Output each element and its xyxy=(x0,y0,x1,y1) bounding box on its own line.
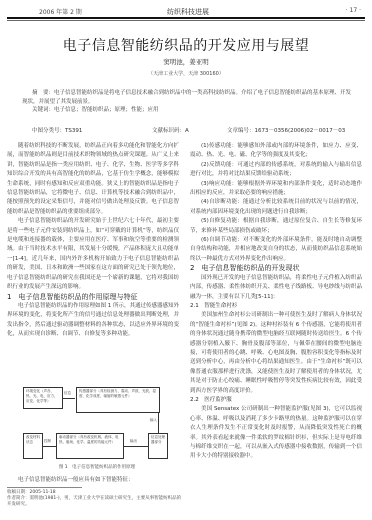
feature-5: (5)自修复功能：根据自我诊断，通过原位复合、自生长等修复环节，来修补某些局部损… xyxy=(190,217,362,236)
label-output: 输出 xyxy=(130,439,137,444)
feature-6: (6)自调节功能：对不断变化的外部环境条件，能及时地自动调整自身结构和功能，并相… xyxy=(190,236,362,264)
abstract-label: 摘 要： xyxy=(32,90,54,96)
article-title: 电子信息智能纺织品的开发应用与展望 xyxy=(0,35,372,55)
feature-2: (2)反馈功能：可通过内部的传感系统，对系统的输入与输出信息进行对比，并将对比结… xyxy=(190,161,362,180)
section-1-paragraph: 电子信息智能纺织品的作用原理如图 1 所示，其通过传感器感知外界环境的变化，将变… xyxy=(7,302,179,340)
clc-number: 中图分类号：TS391 xyxy=(32,126,82,134)
section-1-heading: 1 电子信息智能纺织品的作用原理与特征 xyxy=(7,293,179,302)
figure-1-caption: 图 1 电子信息智能纺织品的作用原理 xyxy=(22,464,172,470)
feature-1: (1)传感功能：能够感知外部或内部的环境条件，如应力、应变、震动、热、光、电、磁… xyxy=(190,142,362,161)
abstract-text: 电子信息智能纺织品是将电子信息技术融合到纺织品中的一类高科技纺织品。介绍了电子信… xyxy=(22,90,351,105)
label-control: 控制 xyxy=(44,439,51,444)
header-rule-thick xyxy=(7,17,365,19)
arrow-processor-actuator xyxy=(124,446,148,447)
header-rule-thin xyxy=(7,20,365,21)
box-material-state: 改变材料状态 xyxy=(23,433,43,459)
running-header: 2006 年第 2 期 纺织科技进展 · 17 · xyxy=(7,4,365,18)
article-affiliation: （天津工业大学，天津 300160） xyxy=(0,70,372,77)
box-sensor: 传感器部分（具有检测力、震动、声波、光波、湿度、化学成度、辐射的敏感元件） xyxy=(76,387,160,413)
left-column: 随着纺织科技的不断发展，纺织品正向着多功能化和智能化方向扩展，而智能纺织品则是目… xyxy=(7,142,179,340)
abstract-paragraph: 摘 要：电子信息智能纺织品是将电子信息技术融合到纺织品中的一类高科技纺织品。介绍… xyxy=(22,89,352,106)
intro-paragraph-1: 随着纺织科技的不断发展，纺织品正向着多功能化和智能化方向扩展，而智能纺织品则是目… xyxy=(7,142,179,217)
box-environment-change: 环境变化（声音、热、光、电、应力、应变、化学等） xyxy=(23,387,63,409)
article-authors: 窦明池，姜亚明 xyxy=(0,57,372,66)
section-2-paragraph: 国外现已开发的电子信息智能纺织品，将柔性电子元件植入纺织品内部，传感器、柔性体纺… xyxy=(190,274,362,302)
subsection-2-2-paragraph: 美国 Sensatex 公司研制出一种智能监护服(见图 3)，它可以监视心率、体… xyxy=(190,405,362,461)
footnote-block: 收稿日期：2005-11-18 作者简介：窦明池(1981-)，男，天津工业大学… xyxy=(7,490,185,508)
footnote-rule xyxy=(7,487,82,488)
arrow-actuator-material xyxy=(43,446,56,447)
features-intro: 电子信息智能纺织品一般应具有如下智能特征： xyxy=(18,475,188,483)
document-code: 文献标识码：A xyxy=(152,126,189,134)
subsection-2-1-paragraph: 美国加州生命衬衫公司研制出一种可使医生及时了解病人身体状况的“智能生命衬衫”(见… xyxy=(190,311,362,396)
feature-4: (4)自诊断功能：能通过分析比较系统目前的状况与以前的情况，对系统内部因环境变化… xyxy=(190,198,362,217)
section-2-heading: 2 电子信息智能纺织品的开发现状 xyxy=(190,264,362,273)
subsection-2-1-heading: 2.1 智能生命衬衫 xyxy=(190,302,362,311)
arrow-env-sensor xyxy=(63,398,75,399)
issue-label: 2006 年第 2 期 xyxy=(39,7,82,16)
article-id: 文章编号：1673－0356(2006)02－0017－03 xyxy=(227,126,345,134)
label-input: 输入 xyxy=(150,418,157,423)
keywords: 关键词：电子信息；智能纺织品；原理；性能；应用 xyxy=(22,106,352,115)
right-column: (1)传感功能：能够感知外部或内部的环境条件，如应力、应变、震动、热、光、电、磁… xyxy=(190,142,362,462)
page-number: · 17 · xyxy=(346,7,361,14)
abstract-block: 摘 要：电子信息智能纺织品是将电子信息技术融合到纺织品中的一类高科技纺织品。介绍… xyxy=(22,89,352,115)
box-processor: 信息处理器部分 xyxy=(148,433,168,459)
label-info: 信息 xyxy=(64,391,71,396)
author-bio: 作者简介：窦明池(1981-)，男，天津工业大学在读硕士研究生，主要从事智能纺织… xyxy=(7,496,185,508)
feature-3: (3)响应功能：能够根据外界环境和内部条件变化，适时动态地作出相应的反应，并采取… xyxy=(190,180,362,199)
box-actuator: 驱动器部分（具有改变机械、液体、电热、磁场、化学、温度的功能元件） xyxy=(56,433,124,459)
subsection-2-2-heading: 2.2 医疗监护服 xyxy=(190,396,362,405)
arrow-sensor-processor xyxy=(158,413,159,433)
journal-name: 纺织科技进展 xyxy=(167,7,209,17)
intro-paragraph-2: 电子信息智能纺织品的开发研究始于上世纪六七十年代，最初主要是将一些电子元件安装到… xyxy=(7,217,179,292)
figure-1-diagram: 环境变化（声音、热、光、电、应力、应变、化学等） 信息 传感器部分（具有检测力、… xyxy=(20,387,170,467)
